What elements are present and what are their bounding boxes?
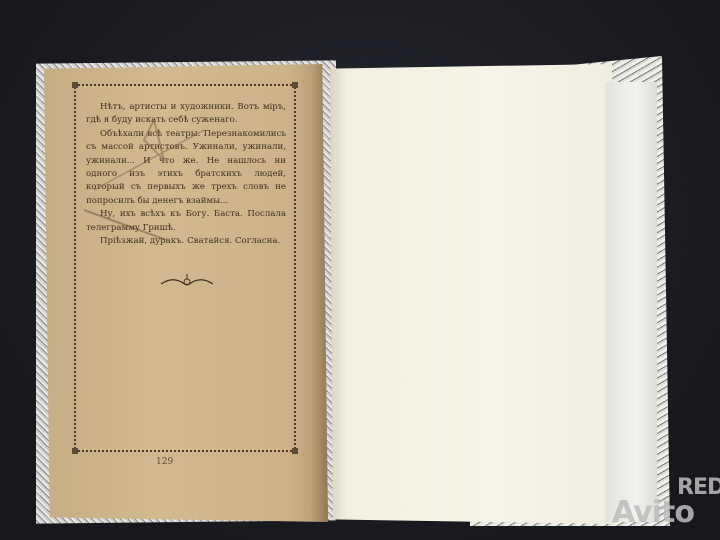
- flyleaf-edge: [605, 82, 657, 522]
- avito-watermark: Avito RED: [612, 495, 694, 530]
- right-page-blank: [330, 64, 612, 524]
- faded-stamp-icon: [84, 120, 204, 240]
- page-number: 129: [156, 457, 173, 467]
- ornament-flourish-icon: [159, 274, 215, 288]
- watermark-badge: RED: [677, 475, 720, 500]
